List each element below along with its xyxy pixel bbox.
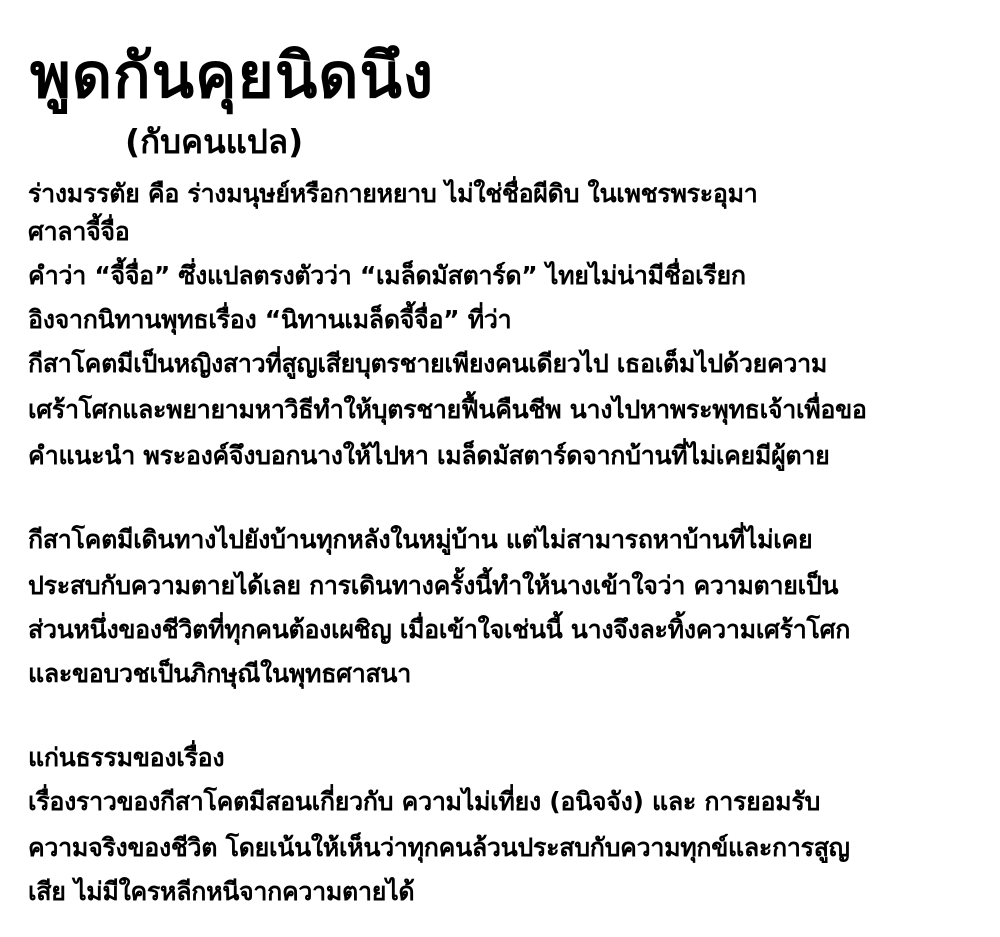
- text-line: อิงจากนิทานพุทธเรื่อง “นิทานเมล็ดจี้จื่อ…: [28, 302, 511, 338]
- text-line: ความจริงของชีวิต โดยเน้นให้เห็นว่าทุกคนล…: [28, 830, 850, 866]
- text-line: เสีย ไม่มีใครหลีกหนีจากความตายได้: [28, 874, 414, 910]
- text-line: และขอบวชเป็นภิกษุณีในพุทธศาสนา: [28, 656, 411, 692]
- page-subtitle: (กับคนแปล): [125, 120, 303, 164]
- text-line: เศร้าโศกและพยายามหาวิธีทำให้บุตรชายฟื้นค…: [28, 392, 867, 428]
- text-line: ประสบกับความตายได้เลย การเดินทางครั้งนี้…: [28, 568, 838, 604]
- text-line: ศาลาจี้จื่อ: [28, 214, 129, 250]
- text-line: เรื่องราวของกีสาโคตมีสอนเกี่ยวกับ ความไม…: [28, 784, 820, 820]
- section-heading: แก่นธรรมของเรื่อง: [28, 740, 224, 776]
- text-line: กีสาโคตมีเป็นหญิงสาวที่สูญเสียบุตรชายเพี…: [28, 346, 827, 382]
- text-line: ร่างมรรตัย คือ ร่างมนุษย์หรือกายหยาบ ไม่…: [28, 176, 758, 212]
- text-line: คำแนะนำ พระองค์จึงบอกนางให้ไปหา เมล็ดมัส…: [28, 438, 829, 474]
- text-line: คำว่า “จี้จื่อ” ซึ่งแปลตรงตัวว่า “เมล็ดม…: [28, 258, 746, 294]
- text-line: ส่วนหนึ่งของชีวิตที่ทุกคนต้องเผชิญ เมื่อ…: [28, 612, 850, 648]
- page-title: พูดกันคุยนิดนึง: [30, 40, 434, 112]
- text-line: กีสาโคตมีเดินทางไปยังบ้านทุกหลังในหมู่บ้…: [28, 522, 812, 558]
